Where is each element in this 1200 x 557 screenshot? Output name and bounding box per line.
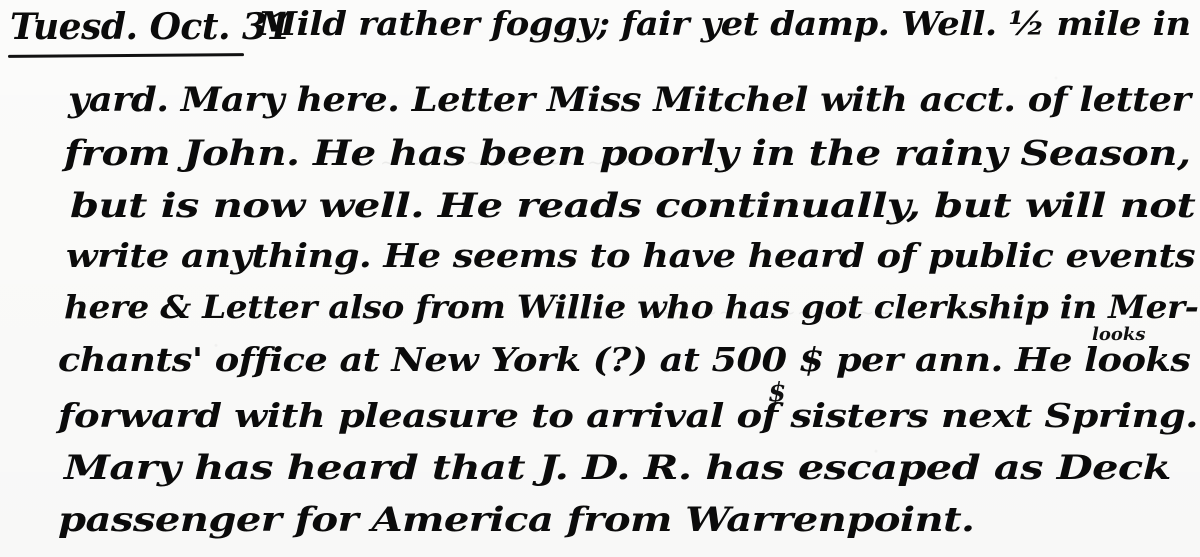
text-line-10: passenger for America from Warrenpoint. (58, 500, 974, 540)
text-line-3: from John. He has been poorly in the rai… (64, 133, 1190, 174)
text-line-8: forward with pleasure to arrival of sist… (58, 396, 1198, 435)
text-line-9: Mary has heard that J. D. R. has escaped… (64, 448, 1171, 488)
text-line-7: chants' office at New York (?) at 500 $ … (58, 340, 1190, 379)
text-line-4: but is now well. He reads continually, b… (70, 186, 1195, 226)
date-underline (8, 53, 244, 58)
text-line-5: write anything. He seems to have heard o… (66, 236, 1195, 275)
diary-page: ~ ~~ ~~~~ ~~~ ~~~~~ ~~~ ~~ ~~~~~~ ~~ Tue… (0, 0, 1200, 557)
text-line-2: yard. Mary here. Letter Miss Mitchel wit… (68, 80, 1190, 120)
text-line-6: here & Letter also from Willie who has g… (64, 288, 1198, 326)
text-line-1: Mild rather foggy; fair yet damp. Well. … (258, 4, 1191, 43)
entry-date-heading: Tuesd. Oct. 31 (10, 6, 291, 48)
